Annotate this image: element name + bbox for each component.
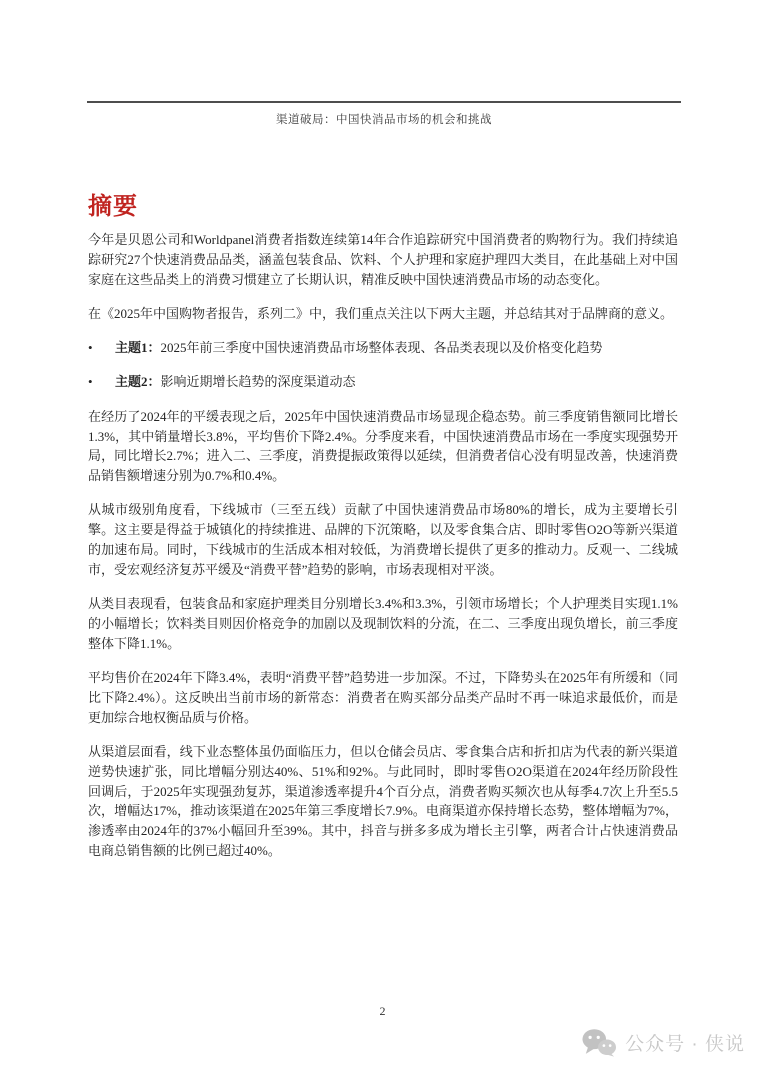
header-rule <box>87 101 681 103</box>
body-paragraph: 从城市级别角度看，下线城市（三至五线）贡献了中国快速消费品市场80%的增长，成为… <box>88 500 678 579</box>
bullet-icon: • <box>88 338 115 358</box>
bullet-icon: • <box>88 372 115 392</box>
body-paragraph: 在经历了2024年的平缓表现之后，2025年中国快速消费品市场显现企稳态势。前三… <box>88 407 678 486</box>
topic-list-item: • 主题1：2025年前三季度中国快速消费品市场整体表现、各品类表现以及价格变化… <box>88 338 678 358</box>
topic-text-wrap: 主题1：2025年前三季度中国快速消费品市场整体表现、各品类表现以及价格变化趋势 <box>115 338 603 358</box>
topic-text: 2025年前三季度中国快速消费品市场整体表现、各品类表现以及价格变化趋势 <box>161 340 603 355</box>
body-paragraph: 平均售价在2024年下降3.4%，表明“消费平替”趋势进一步加深。不过，下降势头… <box>88 668 678 727</box>
section-title: 摘要 <box>88 186 138 221</box>
topic-text: 影响近期增长趋势的深度渠道动态 <box>161 374 356 389</box>
wechat-icon <box>582 1028 616 1057</box>
topic-list-item: • 主题2：影响近期增长趋势的深度渠道动态 <box>88 372 678 392</box>
page-number: 2 <box>0 1004 765 1019</box>
topic-label: 主题1： <box>115 340 161 355</box>
watermark-label: 公众号 · 侠说 <box>625 1029 745 1056</box>
body-paragraph: 今年是贝恩公司和Worldpanel消费者指数连续第14年合作追踪研究中国消费者… <box>88 230 678 289</box>
topic-label: 主题2： <box>115 374 161 389</box>
body-paragraph: 在《2025年中国购物者报告，系列二》中，我们重点关注以下两大主题，并总结其对于… <box>88 304 678 324</box>
body-paragraph: 从类目表现看，包装食品和家庭护理类目分别增长3.4%和3.3%，引领市场增长；个… <box>88 594 678 653</box>
watermark-badge: 公众号 · 侠说 <box>582 1028 745 1057</box>
topic-list: • 主题1：2025年前三季度中国快速消费品市场整体表现、各品类表现以及价格变化… <box>88 338 678 392</box>
body-content: 今年是贝恩公司和Worldpanel消费者指数连续第14年合作追踪研究中国消费者… <box>88 230 678 875</box>
report-page: 渠道破局：中国快消品市场的机会和挑战 摘要 今年是贝恩公司和Worldpanel… <box>0 0 765 1073</box>
topic-text-wrap: 主题2：影响近期增长趋势的深度渠道动态 <box>115 372 356 392</box>
running-header: 渠道破局：中国快消品市场的机会和挑战 <box>87 111 681 127</box>
body-paragraph: 从渠道层面看，线下业态整体虽仍面临压力，但以仓储会员店、零食集合店和折扣店为代表… <box>88 742 678 861</box>
